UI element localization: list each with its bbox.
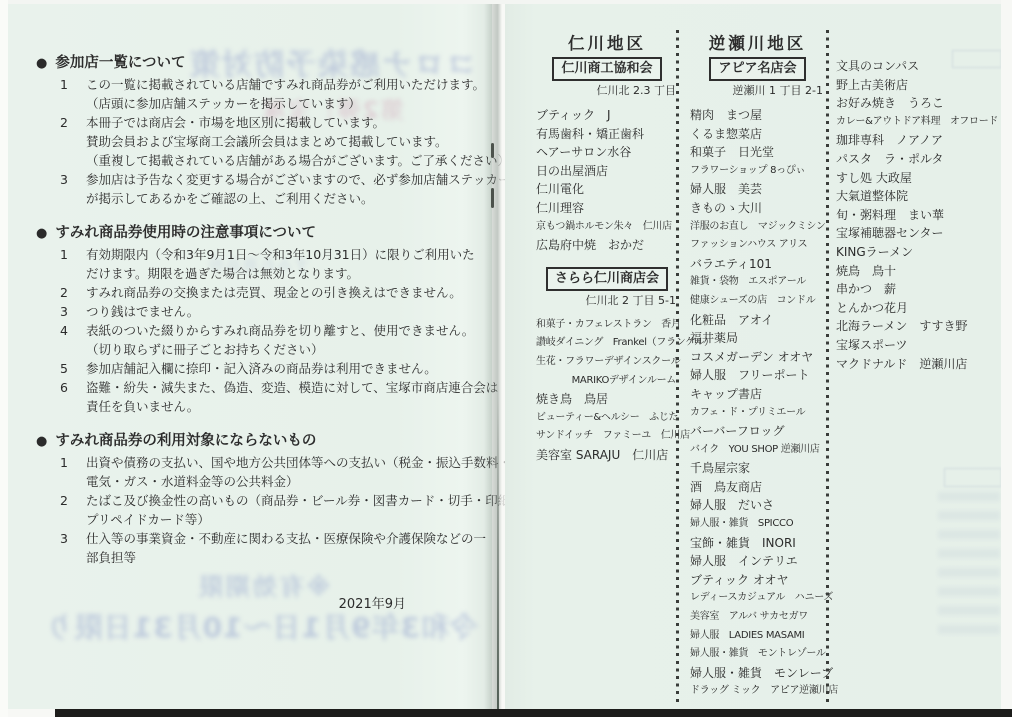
store-item: くるま惣菜店: [690, 125, 825, 144]
district-heading: 仁川地区: [536, 30, 678, 54]
store-item: ビューティー&ヘルシー ふじた: [536, 409, 678, 428]
item-text: （店頭に参加店舗ステッカーを掲示しています）: [86, 94, 488, 113]
store-item: ドラッグ ミック アピア逆瀬川店: [690, 682, 825, 701]
section-heading-text: すみれ商品券使用時の注意事項について: [55, 225, 316, 241]
district-heading: 逆瀬川地区: [690, 30, 825, 54]
store-item: ヘアーサロン水谷: [536, 143, 678, 162]
item-number: [60, 340, 86, 359]
item-text: たばこ及び換金性の高いもの（商品券・ビール券・図書カード・切手・印紙・: [86, 491, 523, 510]
store-item: レディースカジュアル ハニーズ: [690, 589, 825, 608]
bullet-icon: ●: [36, 56, 47, 71]
store-item: 化粧品 アオイ: [690, 311, 825, 330]
store-item: 宝塚スポーツ: [836, 336, 1000, 355]
item-number: [60, 472, 86, 491]
store-item: 宝飾・雑貨 INORI: [690, 534, 825, 553]
item-text: この一覧に掲載されている店舗ですみれ商品券がご利用いただけます。: [86, 75, 488, 94]
item-number: [60, 397, 86, 416]
section-heading: ●すみれ商品券使用時の注意事項について: [36, 222, 488, 245]
item-text: つり銭はでません。: [86, 302, 488, 321]
item-number: 3: [60, 529, 86, 548]
store-item: きものゝ大川: [690, 199, 825, 218]
store-item: 酒 鳥友商店: [690, 478, 825, 497]
issue-date: 2021年9月: [36, 593, 488, 612]
item-text: 参加店は予告なく変更する場合がございますので、必ず参加店舗ステッカー: [86, 170, 511, 189]
store-item: MARIKOデザインルーム: [536, 372, 678, 391]
fold-crease: [497, 380, 499, 712]
store-item: 婦人服 インテリエ: [690, 552, 825, 571]
staple-icon: [491, 143, 494, 158]
store-item: 焼鳥 鳥十: [836, 262, 1000, 281]
store-item: 美容室 SARAJU 仁川店: [536, 446, 678, 465]
notice-item-line: 部負担等: [36, 548, 488, 567]
bleed-through-box: [944, 468, 1002, 487]
item-number: 1: [60, 75, 86, 94]
bleed-through-lines: [938, 492, 1000, 642]
store-item: 婦人服・雑貨 モンレーブ: [690, 664, 825, 683]
store-item: 婦人服 美芸: [690, 180, 825, 199]
store-item: 洋服のお直し マジックミシン: [690, 218, 825, 237]
notice-item-line: （重複して掲載されている店舗がある場合がございます。ご了承ください）: [36, 151, 488, 170]
item-text: 参加店舗記入欄に捺印・記入済みの商品券は利用できません。: [86, 359, 488, 378]
item-number: 3: [60, 170, 86, 189]
association-address: 仁川北 2.3 丁目: [536, 83, 676, 99]
store-item: キャップ書店: [690, 385, 825, 404]
section-heading-text: 参加店一覧について: [55, 55, 185, 71]
store-item: 和菓子 日光堂: [690, 143, 825, 162]
notice-item-line: 1有効期限内（令和3年9月1日～令和3年10月31日）に限りご利用いた: [36, 245, 488, 264]
store-item: バイク YOU SHOP 逆瀬川店: [690, 441, 825, 460]
notice-item-line: 5参加店舗記入欄に捺印・記入済みの商品券は利用できません。: [36, 359, 488, 378]
store-item: バラエティ101: [690, 255, 825, 274]
store-item: とんかつ花月: [836, 299, 1000, 318]
store-item: 宝塚補聴器センター: [836, 224, 1000, 243]
store-item: カレー&アウトドア料理 オフロード: [836, 113, 1000, 132]
store-list: 和菓子・カフェレストラン 香月讃岐ダイニング Frankel（フランケル）生花・…: [536, 316, 678, 465]
scan-edge-bottom: [55, 709, 1012, 717]
store-item: 婦人服・雑貨 SPICCO: [690, 515, 825, 534]
store-item: カフェ・ド・プリミエール: [690, 404, 825, 423]
notice-item-line: だけます。期限を過ぎた場合は無効となります。: [36, 264, 488, 283]
notice-item-line: 3仕入等の事業資金・不動産に関わる支払・医療保険や介護保険などの一: [36, 529, 488, 548]
dotted-divider: [676, 30, 679, 702]
store-item: 千鳥屋宗家: [690, 459, 825, 478]
item-number: 2: [60, 283, 86, 302]
item-text: だけます。期限を過ぎた場合は無効となります。: [86, 264, 488, 283]
store-group: アピア名店会逆瀬川 1 丁目 2-1精肉 まつ屋くるま惣菜店和菓子 日光堂フラワ…: [690, 57, 825, 701]
store-item: 婦人服・雑貨 モントレゾール: [690, 645, 825, 664]
store-group: 文具のコンパス野上古美術店お好み焼き うろこカレー&アウトドア料理 オフロード珈…: [836, 57, 1000, 373]
notice-item-line: 4表紙のついた綴りからすみれ商品券を切り離すと、使用できません。: [36, 321, 488, 340]
store-list: 精肉 まつ屋くるま惣菜店和菓子 日光堂フラワーショップ 8っぴぃ婦人服 美芸きも…: [690, 106, 825, 701]
item-number: [60, 132, 86, 151]
notice-item-line: 賛助会員および宝塚商工会議所会員はまとめて掲載しています。: [36, 132, 488, 151]
item-number: 4: [60, 321, 86, 340]
store-item: マクドナルド 逆瀬川店: [836, 355, 1000, 374]
notice-item-line: 責任を負いません。: [36, 397, 488, 416]
item-number: [60, 189, 86, 208]
section-heading-text: すみれ商品券の利用対象にならないもの: [55, 433, 316, 449]
store-item: フラワーショップ 8っぴぃ: [690, 162, 825, 181]
notice-section: ●参加店一覧について1この一覧に掲載されている店舗ですみれ商品券がご利用いただけ…: [36, 52, 488, 208]
store-item: パスタ ラ・ポルタ: [836, 150, 1000, 169]
association-address: 逆瀬川 1 丁目 2-1: [690, 83, 823, 99]
item-text: 出資や債務の支払い、国や地方公共団体等への支払い（税金・振込手数料・: [86, 453, 511, 472]
notice-item-line: 1出資や債務の支払い、国や地方公共団体等への支払い（税金・振込手数料・: [36, 453, 488, 472]
left-page-content: ●参加店一覧について1この一覧に掲載されている店舗ですみれ商品券がご利用いただけ…: [36, 52, 488, 612]
store-item: 健康シューズの店 コンドル: [690, 292, 825, 311]
notice-item-line: 6盗難・紛失・減失また、偽造、変造、模造に対して、宝塚市商店連合会は: [36, 378, 488, 397]
scanned-booklet: コロナ感染予防対策 第2弾！宝塚 すみれ商品券 ※有効期限 令和3年9月1日～1…: [0, 0, 1012, 717]
store-item: 北海ラーメン すすき野: [836, 317, 1000, 336]
item-number: 1: [60, 245, 86, 264]
store-item: 婦人服 フリーポート: [690, 366, 825, 385]
notice-item-line: 2たばこ及び換金性の高いもの（商品券・ビール券・図書カード・切手・印紙・: [36, 491, 488, 510]
notice-item-line: が掲示してあるかをご確認の上、ご利用ください。: [36, 189, 488, 208]
bullet-icon: ●: [36, 226, 47, 241]
bleed-through-box: [952, 50, 1002, 68]
store-column-0: 仁川地区仁川商工協和会仁川北 2.3 丁目ブティック J有馬歯科・矯正歯科ヘアー…: [536, 30, 678, 471]
association-address: 仁川北 2 丁目 5-1: [536, 293, 676, 309]
staple-icon: [491, 188, 494, 208]
item-text: （切り取らずに冊子ごとお持ちください）: [86, 340, 488, 359]
section-heading: ●参加店一覧について: [36, 52, 488, 75]
item-number: 6: [60, 378, 86, 397]
notice-item-line: （店頭に参加店舗ステッカーを掲示しています）: [36, 94, 488, 113]
item-text: 表紙のついた綴りからすみれ商品券を切り離すと、使用できません。: [86, 321, 488, 340]
item-number: [60, 548, 86, 567]
store-item: 大氣道整体院: [836, 187, 1000, 206]
association-name: 仁川商工協和会: [552, 57, 661, 81]
item-text: 責任を負いません。: [86, 397, 488, 416]
store-item: 婦人服 LADIES MASAMI: [690, 627, 825, 646]
item-number: 2: [60, 113, 86, 132]
store-item: ブティック オオヤ: [690, 571, 825, 590]
association-name: アピア名店会: [709, 57, 805, 81]
item-number: [60, 151, 86, 170]
item-text: 有効期限内（令和3年9月1日～令和3年10月31日）に限りご利用いた: [86, 245, 488, 264]
item-text: 賛助会員および宝塚商工会議所会員はまとめて掲載しています。: [86, 132, 488, 151]
item-number: 2: [60, 491, 86, 510]
scan-edge-right: [1001, 0, 1012, 717]
store-item: 串かつ 薪: [836, 280, 1000, 299]
store-item: 讃岐ダイニング Frankel（フランケル）: [536, 334, 678, 353]
store-group: 仁川商工協和会仁川北 2.3 丁目ブティック J有馬歯科・矯正歯科ヘアーサロン水…: [536, 57, 678, 255]
item-text: 本冊子では商店会・市場を地区別に掲載しています。: [86, 113, 488, 132]
left-page: コロナ感染予防対策 第2弾！宝塚 すみれ商品券 ※有効期限 令和3年9月1日～1…: [8, 4, 492, 709]
notice-item-line: 1この一覧に掲載されている店舗ですみれ商品券がご利用いただけます。: [36, 75, 488, 94]
store-item: 雑貨・袋物 エスポアール: [690, 273, 825, 292]
store-column-2: 文具のコンパス野上古美術店お好み焼き うろこカレー&アウトドア料理 オフロード珈…: [836, 30, 1000, 379]
store-item: すし処 大政屋: [836, 169, 1000, 188]
item-text: が掲示してあるかをご確認の上、ご利用ください。: [86, 189, 488, 208]
item-number: [60, 94, 86, 113]
store-item: コスメガーデン オオヤ: [690, 348, 825, 367]
item-text: （重複して掲載されている店舗がある場合がございます。ご了承ください）: [86, 151, 510, 170]
store-item: 京もつ鍋ホルモン朱々 仁川店: [536, 218, 678, 237]
item-number: 1: [60, 453, 86, 472]
notice-item-line: 2本冊子では商店会・市場を地区別に掲載しています。: [36, 113, 488, 132]
notice-item-line: 3つり銭はでません。: [36, 302, 488, 321]
store-item: サンドイッチ ファミーユ 仁川店: [536, 427, 678, 446]
ghost-line: 令和3年9月1日～10月31日限り: [48, 606, 478, 646]
notice-item-line: プリペイドカード等）: [36, 510, 488, 529]
notice-section: ●すみれ商品券の利用対象にならないもの1出資や債務の支払い、国や地方公共団体等へ…: [36, 430, 488, 567]
item-number: 3: [60, 302, 86, 321]
scan-edge-left: [0, 0, 8, 717]
store-item: 仁川電化: [536, 180, 678, 199]
store-item: 福井薬局: [690, 329, 825, 348]
item-number: [60, 510, 86, 529]
item-text: 盗難・紛失・減失また、偽造、変造、模造に対して、宝塚市商店連合会は: [86, 378, 498, 397]
store-item: 日の出屋酒店: [536, 162, 678, 181]
dotted-divider: [826, 30, 829, 702]
store-list: ブティック J有馬歯科・矯正歯科ヘアーサロン水谷日の出屋酒店仁川電化仁川理容京も…: [536, 106, 678, 255]
store-column-1: 逆瀬川地区アピア名店会逆瀬川 1 丁目 2-1精肉 まつ屋くるま惣菜店和菓子 日…: [690, 30, 825, 707]
notice-section: ●すみれ商品券使用時の注意事項について1有効期限内（令和3年9月1日～令和3年1…: [36, 222, 488, 416]
store-item: 珈琲専科 ノアノア: [836, 131, 1000, 150]
store-item: ブティック J: [536, 106, 678, 125]
store-item: 焼き鳥 鳥居: [536, 390, 678, 409]
store-item: 生花・フラワーデザインスクール: [536, 353, 678, 372]
item-text: すみれ商品券の交換または売買、現金との引き換えはできません。: [86, 283, 488, 302]
store-item: ファッションハウス アリス: [690, 236, 825, 255]
store-item: 和菓子・カフェレストラン 香月: [536, 316, 678, 335]
scan-edge-top: [0, 0, 1012, 4]
store-group: さらら仁川商店会仁川北 2 丁目 5-1和菓子・カフェレストラン 香月讃岐ダイニ…: [536, 267, 678, 465]
item-text: 電気・ガス・水道料金等の公共料金）: [86, 472, 488, 491]
store-item: 美容室 アルバ サカセガワ: [690, 608, 825, 627]
notice-item-line: （切り取らずに冊子ごとお持ちください）: [36, 340, 488, 359]
store-item: お好み焼き うろこ: [836, 94, 1000, 113]
store-item: KINGラーメン: [836, 243, 1000, 262]
item-text: プリペイドカード等）: [86, 510, 488, 529]
item-text: 仕入等の事業資金・不動産に関わる支払・医療保険や介護保険などの一: [86, 529, 488, 548]
left-sections: ●参加店一覧について1この一覧に掲載されている店舗ですみれ商品券がご利用いただけ…: [36, 52, 488, 567]
store-item: 有馬歯科・矯正歯科: [536, 125, 678, 144]
bullet-icon: ●: [36, 434, 47, 449]
store-item: バーバーフロッグ: [690, 422, 825, 441]
notice-item-line: 3参加店は予告なく変更する場合がございますので、必ず参加店舗ステッカー: [36, 170, 488, 189]
store-item: 広島府中焼 おかだ: [536, 236, 678, 255]
section-heading: ●すみれ商品券の利用対象にならないもの: [36, 430, 488, 453]
notice-item-line: 2すみれ商品券の交換または売買、現金との引き換えはできません。: [36, 283, 488, 302]
store-item: 仁川理容: [536, 199, 678, 218]
store-item: 旬・粥料理 まい華: [836, 206, 1000, 225]
association-name: さらら仁川商店会: [546, 267, 668, 291]
notice-item-line: 電気・ガス・水道料金等の公共料金）: [36, 472, 488, 491]
store-item: 精肉 まつ屋: [690, 106, 825, 125]
store-item: 婦人服 だいさ: [690, 496, 825, 515]
item-number: [60, 264, 86, 283]
item-number: 5: [60, 359, 86, 378]
store-list: 文具のコンパス野上古美術店お好み焼き うろこカレー&アウトドア料理 オフロード珈…: [836, 57, 1000, 373]
item-text: 部負担等: [86, 548, 488, 567]
store-item: 野上古美術店: [836, 76, 1000, 95]
